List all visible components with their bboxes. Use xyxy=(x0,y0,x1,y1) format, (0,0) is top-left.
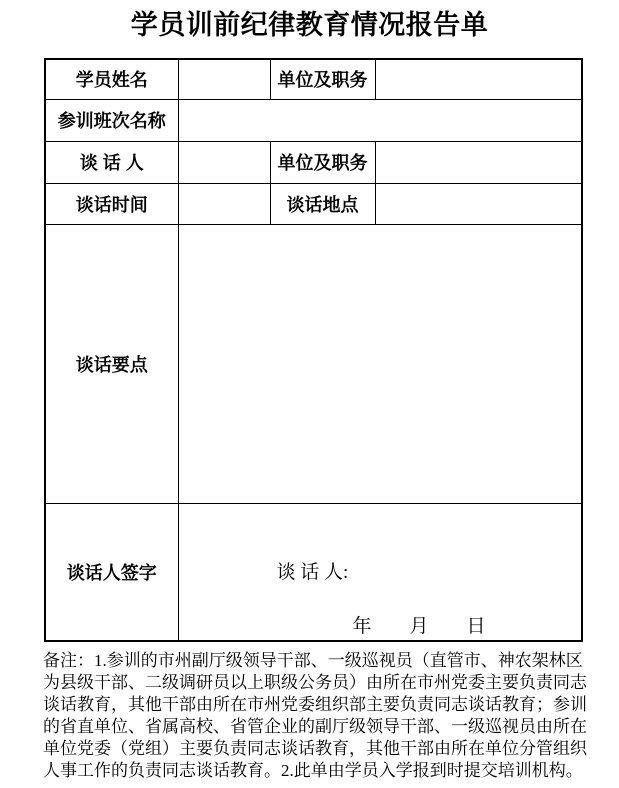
class-name-value xyxy=(178,99,582,141)
row-student-name: 学员姓名 单位及职务 xyxy=(45,59,582,99)
talk-time-label: 谈话时间 xyxy=(45,183,178,224)
class-name-label: 参训班次名称 xyxy=(45,99,178,141)
page-title: 学员训前纪律教育情况报告单 xyxy=(0,8,619,42)
talk-place-value xyxy=(375,183,582,224)
row-interviewer: 谈 话 人 单位及职务 xyxy=(45,141,582,183)
interviewer-label: 谈 话 人 xyxy=(45,141,178,183)
talk-points-value xyxy=(178,224,582,503)
report-form-page: 学员训前纪律教育情况报告单 学员姓名 单位及职务 参训班次名称 谈 话 人 单位… xyxy=(0,0,619,788)
signature-interviewer-line: 谈 话 人: xyxy=(277,557,582,584)
row-signature: 谈话人签字 谈 话 人: 年 月 日 xyxy=(45,503,582,641)
signature-date-line: 年 月 日 xyxy=(353,611,582,638)
footer-notes: 备注：1.参训的市州副厅级领导干部、一级巡视员（直管市、神农架林区 为县级干部、… xyxy=(43,650,595,782)
talk-place-label: 谈话地点 xyxy=(270,183,375,224)
interviewer-value xyxy=(178,141,270,183)
talk-points-label: 谈话要点 xyxy=(45,224,178,503)
row-class-name: 参训班次名称 xyxy=(45,99,582,141)
unit-position-value-2 xyxy=(375,141,582,183)
unit-position-value-1 xyxy=(375,59,582,99)
talk-time-value xyxy=(178,183,270,224)
student-name-label: 学员姓名 xyxy=(45,59,178,99)
row-talk-points: 谈话要点 xyxy=(45,224,582,503)
signature-area: 谈 话 人: 年 月 日 xyxy=(178,503,582,641)
signature-label: 谈话人签字 xyxy=(45,503,178,641)
student-name-value xyxy=(178,59,270,99)
unit-position-label-2: 单位及职务 xyxy=(270,141,375,183)
unit-position-label-1: 单位及职务 xyxy=(270,59,375,99)
row-talk-time: 谈话时间 谈话地点 xyxy=(45,183,582,224)
report-form-table: 学员姓名 单位及职务 参训班次名称 谈 话 人 单位及职务 谈话时间 谈话地点 xyxy=(44,58,583,642)
